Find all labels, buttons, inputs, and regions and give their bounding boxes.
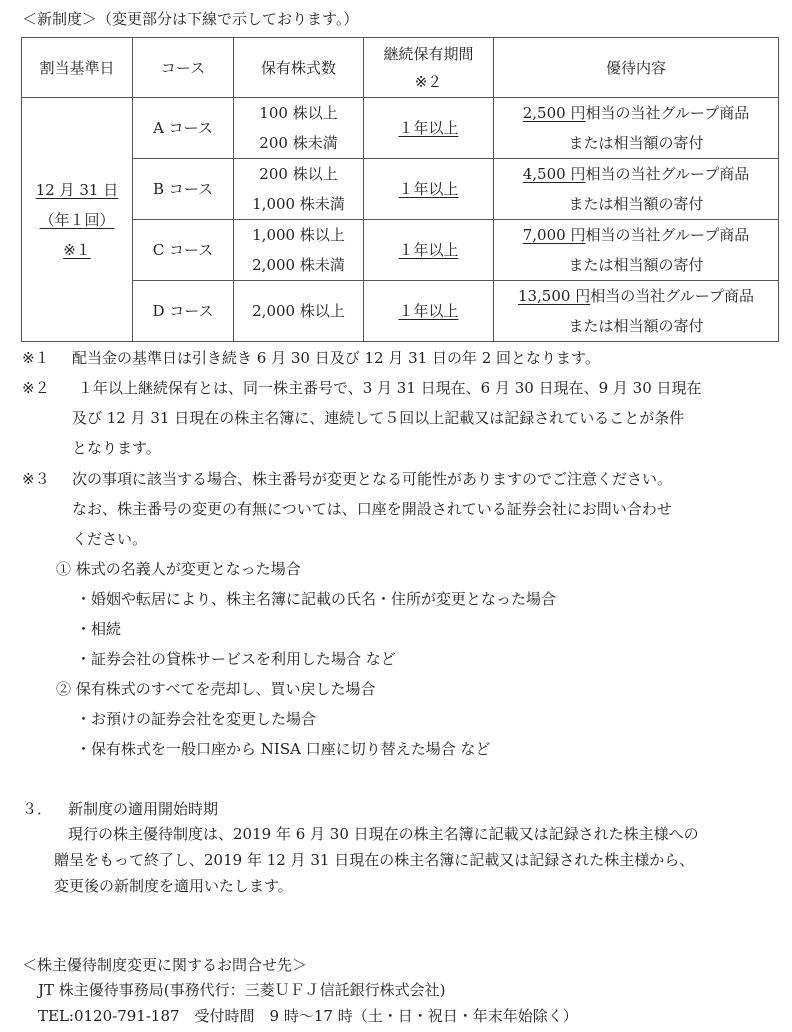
contact-title: ＜株主優待制度変更に関するお問合せ先＞ [22, 954, 307, 975]
benefit-alt: または相当額の寄付 [494, 128, 778, 158]
contact-tel: TEL:0120-791-187 受付時間 9 時～17 時（土・日・祝日・年末… [38, 1005, 578, 1026]
benefit-cell: 13,500 円相当の当社グループ商品 または相当額の寄付 [494, 281, 779, 342]
period-value: １年以上 [398, 119, 458, 137]
shares-cell: 200 株以上 1,000 株未満 [234, 159, 364, 220]
shares-min: 2,000 株以上 [234, 296, 363, 326]
header-benefit: 優待内容 [494, 38, 779, 98]
benefit-table: 割当基準日 コース 保有株式数 継続保有期間 ※２ 優待内容 12 月 31 日… [21, 37, 779, 342]
record-note-ref: ※１ [63, 241, 91, 259]
header-period-note: ※２ [364, 68, 493, 96]
benefit-cell: 7,000 円相当の当社グループ商品 または相当額の寄付 [494, 220, 779, 281]
shares-max: 2,000 株未満 [234, 250, 363, 280]
table-row: D コース 2,000 株以上 １年以上 13,500 円相当の当社グループ商品… [22, 281, 779, 342]
benefit-cell: 2,500 円相当の当社グループ商品 または相当額の寄付 [494, 98, 779, 159]
footnote-2: ※２ １年以上継続保有とは、同一株主番号で、3 月 31 日現在、6 月 30 … [22, 377, 50, 398]
period-value: １年以上 [398, 241, 458, 259]
contact-office: JT 株主優待事務局(事務代行：三菱ＵＦＪ信託銀行株式会社) [38, 979, 446, 1000]
case-2-item: ・お預けの証券会社を変更した場合 [76, 708, 316, 729]
header-shares: 保有株式数 [234, 38, 364, 98]
section-3-body: 現行の株主優待制度は、2019 年 6 月 30 日現在の株主名簿に記載又は記録… [68, 823, 699, 844]
table-header-row: 割当基準日 コース 保有株式数 継続保有期間 ※２ 優待内容 [22, 38, 779, 98]
period-cell: １年以上 [364, 281, 494, 342]
section-3-number: ３． [22, 798, 52, 819]
shares-cell: 2,000 株以上 [234, 281, 364, 342]
course-cell: A コース [133, 98, 234, 159]
benefit-desc: 相当の当社グループ商品 [585, 104, 749, 122]
case-2-title: ② 保有株式のすべてを売却し、買い戻した場合 [56, 678, 375, 699]
period-cell: １年以上 [364, 159, 494, 220]
benefit-alt: または相当額の寄付 [494, 250, 778, 280]
case-1-item: ・婚姻や転居により、株主名簿に記載の氏名・住所が変更となった場合 [76, 588, 556, 609]
shares-min: 100 株以上 [234, 98, 363, 128]
period-value: １年以上 [398, 180, 458, 198]
benefit-amount: 13,500 円 [518, 287, 590, 305]
record-frequency: （年１回） [39, 211, 114, 229]
benefit-alt: または相当額の寄付 [494, 311, 778, 341]
heading-title: ＜新制度＞ [22, 10, 97, 28]
header-period: 継続保有期間 ※２ [364, 38, 494, 98]
benefit-amount: 4,500 円 [523, 165, 586, 183]
table-row: B コース 200 株以上 1,000 株未満 １年以上 4,500 円相当の当… [22, 159, 779, 220]
header-course: コース [133, 38, 234, 98]
heading-note: （変更部分は下線で示しております。） [97, 10, 358, 28]
footnote-text: なお、株主番号の変更の有無については、口座を開設されている証券会社にお問い合わせ [72, 498, 672, 519]
benefit-alt: または相当額の寄付 [494, 189, 778, 219]
period-cell: １年以上 [364, 98, 494, 159]
record-date: 12 月 31 日 [36, 181, 118, 199]
shares-max: 200 株未満 [234, 128, 363, 158]
table-row: C コース 1,000 株以上 2,000 株未満 １年以上 7,000 円相当… [22, 220, 779, 281]
section-3-body: 贈呈をもって終了し、2019 年 12 月 31 日現在の株主名簿に記載又は記録… [54, 849, 694, 870]
footnote-text: 次の事項に該当する場合、株主番号が変更となる可能性がありますのでご注意ください。 [72, 468, 672, 489]
benefit-desc: 相当の当社グループ商品 [590, 287, 754, 305]
shares-max: 1,000 株未満 [234, 189, 363, 219]
benefit-desc: 相当の当社グループ商品 [585, 165, 749, 183]
section-3-body: 変更後の新制度を適用いたします。 [54, 875, 293, 896]
course-cell: D コース [133, 281, 234, 342]
section-3-title: 新制度の適用開始時期 [68, 798, 218, 819]
footnote-mark: ※３ [22, 470, 50, 488]
shares-min: 1,000 株以上 [234, 220, 363, 250]
header-period-label: 継続保有期間 [364, 40, 493, 68]
table-row: 12 月 31 日 （年１回） ※１ A コース 100 株以上 200 株未満… [22, 98, 779, 159]
footnote-mark: ※２ [22, 379, 50, 397]
period-cell: １年以上 [364, 220, 494, 281]
shares-min: 200 株以上 [234, 159, 363, 189]
footnote-text: 及び 12 月 31 日現在の株主名簿に、連続して５回以上記載又は記録されている… [72, 407, 684, 428]
benefit-cell: 4,500 円相当の当社グループ商品 または相当額の寄付 [494, 159, 779, 220]
case-2-item: ・保有株式を一般口座から NISA 口座に切り替えた場合 など [76, 738, 490, 759]
footnote-1: ※１ 配当金の基準日は引き続き 6 月 30 日及び 12 月 31 日の年 2… [22, 347, 50, 368]
record-date-cell: 12 月 31 日 （年１回） ※１ [22, 98, 133, 342]
footnote-text: ください。 [72, 528, 147, 549]
header-date: 割当基準日 [22, 38, 133, 98]
footnote-mark: ※１ [22, 349, 50, 367]
shares-cell: 100 株以上 200 株未満 [234, 98, 364, 159]
benefit-desc: 相当の当社グループ商品 [585, 226, 749, 244]
case-1-item: ・相続 [76, 618, 121, 639]
benefit-amount: 7,000 円 [523, 226, 586, 244]
course-cell: B コース [133, 159, 234, 220]
course-cell: C コース [133, 220, 234, 281]
case-1-item: ・証券会社の貸株サービスを利用した場合 など [76, 648, 396, 669]
section-heading: ＜新制度＞（変更部分は下線で示しております。） [22, 8, 358, 29]
period-value: １年以上 [398, 302, 458, 320]
shares-cell: 1,000 株以上 2,000 株未満 [234, 220, 364, 281]
benefit-amount: 2,500 円 [523, 104, 586, 122]
case-1-title: ① 株式の名義人が変更となった場合 [56, 558, 301, 579]
footnote-text: １年以上継続保有とは、同一株主番号で、3 月 31 日現在、6 月 30 日現在… [78, 377, 702, 398]
footnote-text: となります。 [72, 437, 161, 458]
footnote-3: ※３ 次の事項に該当する場合、株主番号が変更となる可能性がありますのでご注意くだ… [22, 468, 50, 489]
footnote-text: 配当金の基準日は引き続き 6 月 30 日及び 12 月 31 日の年 2 回と… [72, 347, 600, 368]
